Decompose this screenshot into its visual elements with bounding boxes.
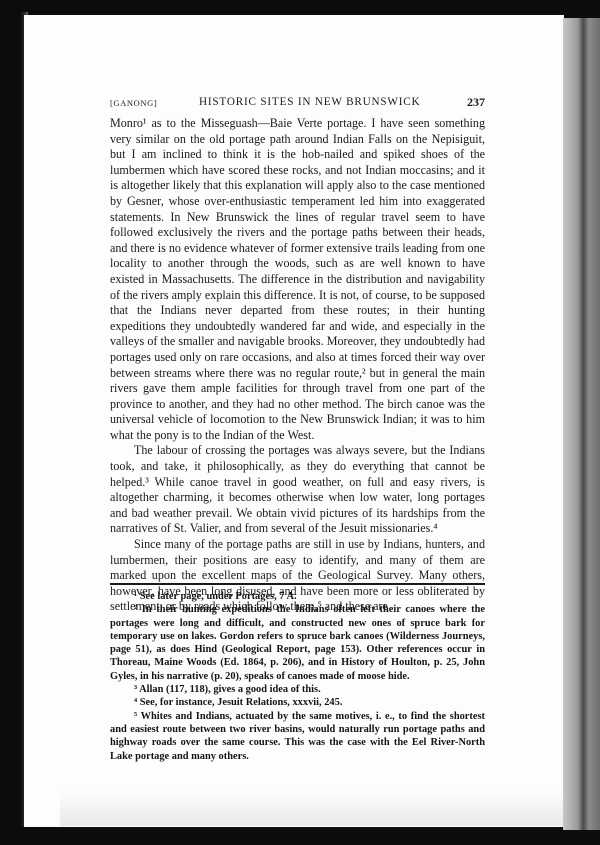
page-edge-stack	[563, 18, 600, 830]
page-bottom-shading	[60, 790, 563, 826]
footnotes: ¹ See later page, under Portages, 7 A. ²…	[110, 590, 485, 763]
footnote-separator-rule	[110, 583, 485, 585]
footnote-5: ⁵ Whites and Indians, actuated by the sa…	[110, 710, 485, 763]
page-number: 237	[467, 96, 485, 109]
footnote-4: ⁴ See, for instance, Jesuit Relations, x…	[110, 696, 485, 709]
footnote-1: ¹ See later page, under Portages, 7 A.	[110, 590, 485, 603]
footnote-3: ³ Allan (117, 118), gives a good idea of…	[110, 683, 485, 696]
footnote-2: ² In their hunting expeditions the India…	[110, 603, 485, 683]
paragraph-2: The labour of crossing the portages was …	[110, 443, 485, 537]
paragraph-1: Monro¹ as to the Misseguash—Baie Verte p…	[110, 116, 485, 443]
header-author: [GANONG]	[110, 97, 157, 110]
body-text: Monro¹ as to the Misseguash—Baie Verte p…	[110, 116, 485, 615]
header-title: HISTORIC SITES IN NEW BRUNSWICK	[199, 96, 420, 109]
